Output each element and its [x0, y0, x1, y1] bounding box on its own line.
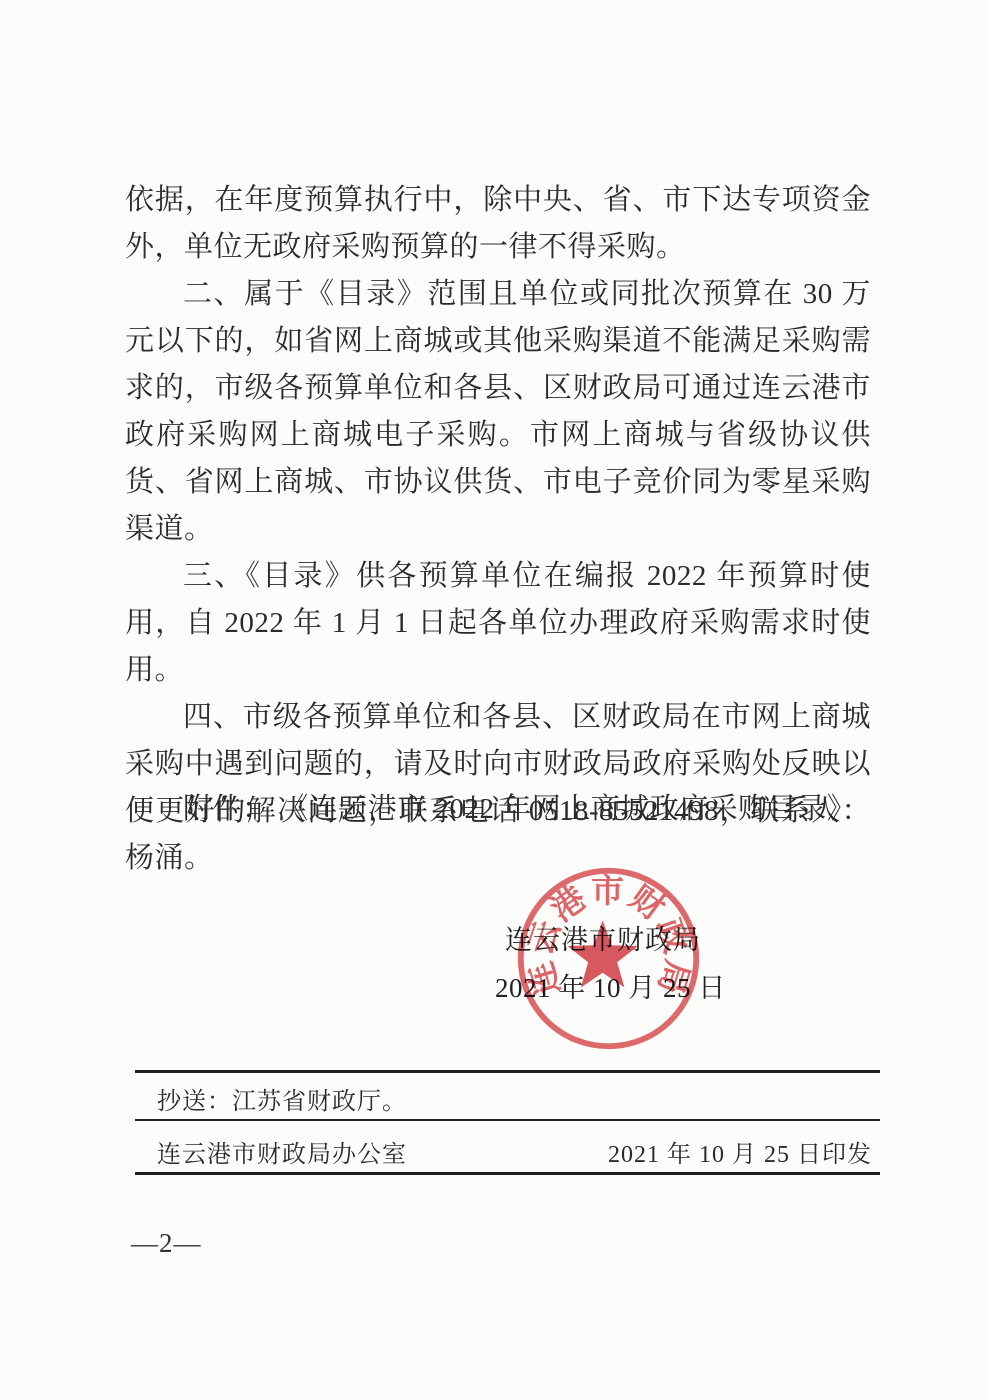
- footer-divider-bottom: [135, 1172, 880, 1175]
- body-paragraph-1: 依据，在年度预算执行中，除中央、省、市下达专项资金外，单位无政府采购预算的一律不…: [125, 177, 871, 271]
- body-paragraph-2: 二、属于《目录》范围且单位或同批次预算在 30 万元以下的，如省网上商城或其他采…: [125, 271, 871, 553]
- official-seal: 连云港市财政局: [511, 861, 706, 1056]
- page-number: —2—: [131, 1228, 202, 1259]
- seal-star-icon: [567, 920, 637, 987]
- footer-cc-line: 抄送：江苏省财政厅。: [157, 1081, 407, 1116]
- footer-office-row: 连云港市财政局办公室 2021 年 10 月 25 日印发: [157, 1134, 872, 1169]
- footer-office-name: 连云港市财政局办公室: [157, 1134, 407, 1169]
- footer-print-date: 2021 年 10 月 25 日印发: [608, 1134, 872, 1169]
- attachment-line: 附件： 《连云港市 2022 年网上商城政府采购目录》: [125, 786, 905, 833]
- body-paragraph-3: 三、《目录》供各预算单位在编报 2022 年预算时使用，自 2022 年 1 月…: [125, 553, 871, 694]
- footer-divider-middle: [135, 1119, 880, 1121]
- document-body: 依据，在年度预算执行中，除中央、省、市下达专项资金外，单位无政府采购预算的一律不…: [125, 177, 871, 882]
- document-page: 依据，在年度预算执行中，除中央、省、市下达专项资金外，单位无政府采购预算的一律不…: [0, 0, 989, 1400]
- footer-divider-top: [135, 1070, 880, 1073]
